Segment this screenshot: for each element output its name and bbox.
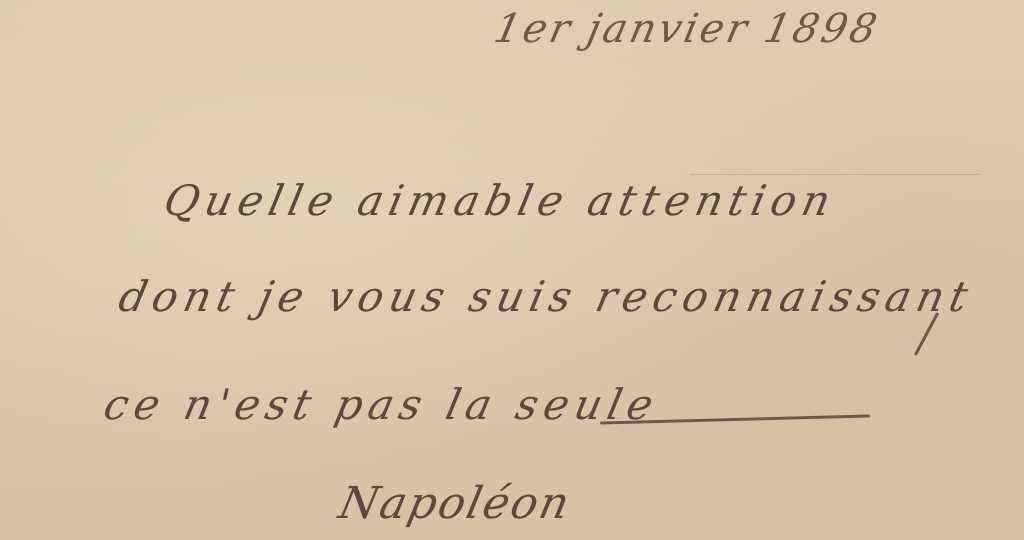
letter-date: 1er janvier 1898 — [490, 6, 883, 52]
letter-paper — [0, 0, 1024, 540]
letter-line-2: dont je vous suis reconnaissant — [115, 272, 978, 321]
letter-line-1: Quelle aimable attention — [160, 176, 841, 225]
signature: Napoléon — [335, 478, 576, 529]
letter-line-3: ce n'est pas la seule — [100, 380, 664, 429]
faint-rule-line — [690, 174, 980, 175]
